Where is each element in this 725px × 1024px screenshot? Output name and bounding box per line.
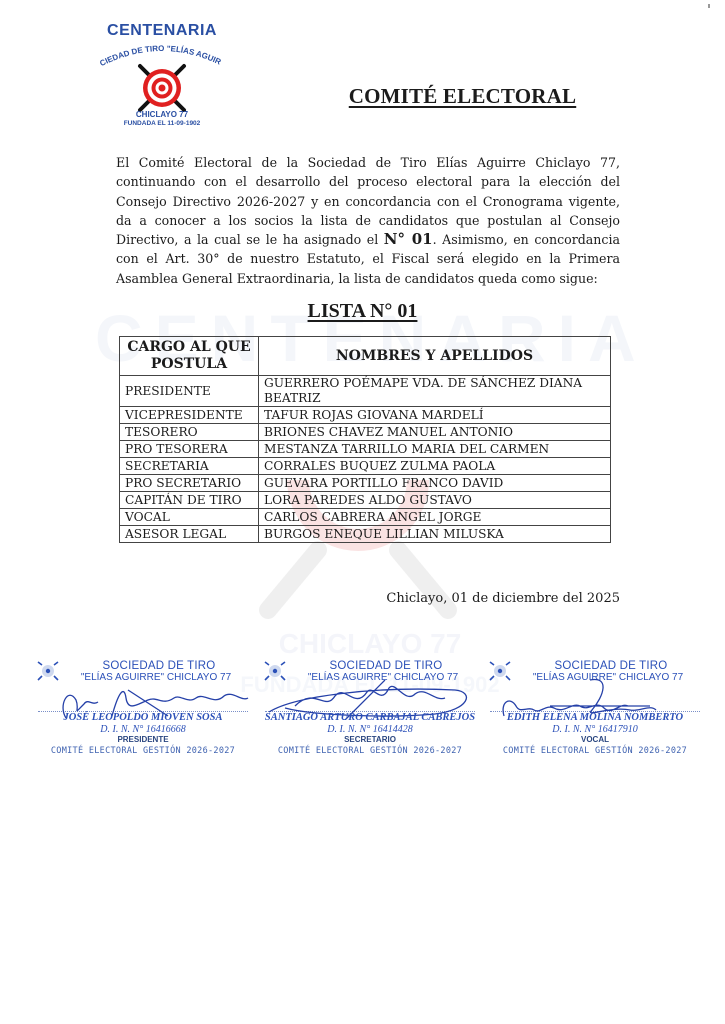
- table-row: CAPITÁN DE TIROLORA PAREDES ALDO GUSTAVO: [120, 492, 611, 509]
- logo-city: CHICLAYO 77: [82, 110, 242, 119]
- cell-nombre: GUEVARA PORTILLO FRANCO DAVID: [259, 475, 611, 492]
- table-row: PRESIDENTEGUERRERO POÉMAPE VDA. DE SÁNCH…: [120, 376, 611, 407]
- date-line: Chiclayo, 01 de diciembre del 2025: [380, 591, 620, 606]
- document-title: COMITÉ ELECTORAL: [349, 84, 576, 108]
- cell-cargo: VOCAL: [120, 509, 259, 526]
- signer-role: PRESIDENTE: [28, 735, 258, 745]
- cell-cargo: PRO TESORERA: [120, 441, 259, 458]
- table-row: VOCALCARLOS CABRERA ANGEL JORGE: [120, 509, 611, 526]
- logo-founded: FUNDADA EL 11-09-1902: [82, 120, 242, 127]
- signature-block-president: SOCIEDAD DE TIRO "ELÍAS AGUIRRE" CHICLAY…: [28, 658, 258, 768]
- cell-cargo: ASESOR LEGAL: [120, 526, 259, 543]
- table-row: PRO SECRETARIOGUEVARA PORTILLO FRANCO DA…: [120, 475, 611, 492]
- cell-nombre: BURGOS ENEQUE LILLIAN MILUSKA: [259, 526, 611, 543]
- signer-name: JOSÉ LEOPOLDO MIOVEN SOSA: [28, 712, 258, 724]
- signer-role: VOCAL: [480, 735, 710, 745]
- scan-speck: [708, 4, 710, 8]
- signer-dni: D. I. N. N° 16414428: [255, 724, 485, 735]
- cell-cargo: VICEPRESIDENTE: [120, 407, 259, 424]
- table-row: VICEPRESIDENTETAFUR ROJAS GIOVANA MARDEL…: [120, 407, 611, 424]
- committee-label: COMITÉ ELECTORAL GESTIÓN 2026-2027: [255, 746, 485, 756]
- committee-label: COMITÉ ELECTORAL GESTIÓN 2026-2027: [28, 746, 258, 756]
- candidates-table: CARGO AL QUE POSTULA NOMBRES Y APELLIDOS…: [119, 336, 611, 543]
- watermark-city: CHICLAYO 77: [270, 628, 470, 660]
- table-row: TESOREROBRIONES CHAVEZ MANUEL ANTONIO: [120, 424, 611, 441]
- table-header-row: CARGO AL QUE POSTULA NOMBRES Y APELLIDOS: [120, 337, 611, 376]
- logo-brand: CENTENARIA: [82, 22, 242, 40]
- signer-name: EDITH ELENA MOLINA NOMBERTO: [480, 712, 710, 724]
- stamp-org-line1: SOCIEDAD DE TIRO: [291, 660, 481, 672]
- cell-nombre: MESTANZA TARRILLO MARIA DEL CARMEN: [259, 441, 611, 458]
- intro-paragraph: El Comité Electoral de la Sociedad de Ti…: [116, 153, 620, 288]
- club-logo: CENTENARIA SOCIEDAD DE TIRO "ELÍAS AGUIR…: [82, 22, 242, 134]
- cell-cargo: TESORERO: [120, 424, 259, 441]
- committee-label: COMITÉ ELECTORAL GESTIÓN 2026-2027: [480, 746, 710, 756]
- list-title: LISTA N° 01: [308, 300, 418, 322]
- signer-name: SANTIAGO ARTURO CARBAJAL CABREJOS: [255, 712, 485, 724]
- table-row: ASESOR LEGALBURGOS ENEQUE LILLIAN MILUSK…: [120, 526, 611, 543]
- cell-cargo: PRO SECRETARIO: [120, 475, 259, 492]
- stamp-org-line1: SOCIEDAD DE TIRO: [516, 660, 706, 672]
- cell-nombre: BRIONES CHAVEZ MANUEL ANTONIO: [259, 424, 611, 441]
- header-cargo: CARGO AL QUE POSTULA: [120, 337, 259, 376]
- cell-cargo: PRESIDENTE: [120, 376, 259, 407]
- signer-dni: D. I. N. N° 16417910: [480, 724, 710, 735]
- cell-nombre: TAFUR ROJAS GIOVANA MARDELÍ: [259, 407, 611, 424]
- table-row: PRO TESORERAMESTANZA TARRILLO MARIA DEL …: [120, 441, 611, 458]
- stamp-org-line1: SOCIEDAD DE TIRO: [64, 660, 254, 672]
- signer-role: SECRETARIO: [255, 735, 485, 745]
- signer-dni: D. I. N. N° 16416668: [28, 724, 258, 735]
- cell-cargo: CAPITÁN DE TIRO: [120, 492, 259, 509]
- list-title-row: LISTA N° 01: [0, 300, 725, 323]
- document-title-row: COMITÉ ELECTORAL: [0, 84, 725, 109]
- candidates-table-body: PRESIDENTEGUERRERO POÉMAPE VDA. DE SÁNCH…: [120, 376, 611, 543]
- cell-nombre: GUERRERO POÉMAPE VDA. DE SÁNCHEZ DIANA B…: [259, 376, 611, 407]
- signature-block-secretary: SOCIEDAD DE TIRO "ELÍAS AGUIRRE" CHICLAY…: [255, 658, 485, 768]
- table-row: SECRETARIACORRALES BUQUEZ ZULMA PAOLA: [120, 458, 611, 475]
- cell-nombre: LORA PAREDES ALDO GUSTAVO: [259, 492, 611, 509]
- cell-cargo: SECRETARIA: [120, 458, 259, 475]
- signature-block-vocal: SOCIEDAD DE TIRO "ELÍAS AGUIRRE" CHICLAY…: [480, 658, 710, 768]
- cell-nombre: CARLOS CABRERA ANGEL JORGE: [259, 509, 611, 526]
- header-nombres: NOMBRES Y APELLIDOS: [259, 337, 611, 376]
- cell-nombre: CORRALES BUQUEZ ZULMA PAOLA: [259, 458, 611, 475]
- list-number-inline: N° 01: [384, 230, 433, 248]
